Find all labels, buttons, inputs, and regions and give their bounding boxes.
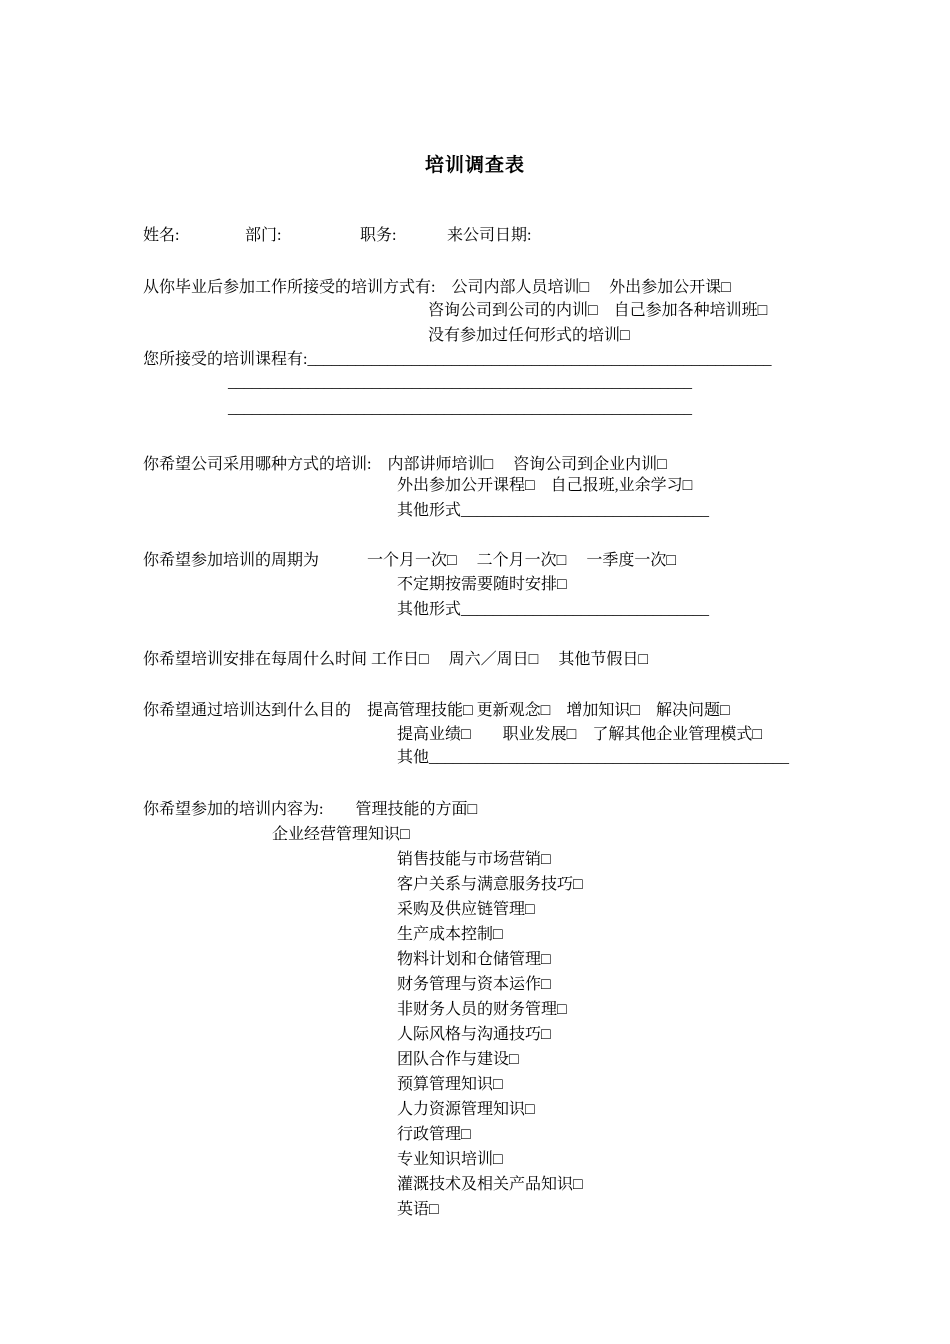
training-topic-option: 灌溉技术及相关产品知识□ bbox=[397, 1172, 583, 1198]
question-schedule: 你希望培训安排在每周什么时间 工作日□ 周六／周日□ 其他节假日□ bbox=[143, 647, 648, 673]
question-goals: 你希望通过培训达到什么目的 提高管理技能□ 更新观念□ 增加知识□ 解决问题□ bbox=[143, 698, 730, 724]
training-topic-option: 非财务人员的财务管理□ bbox=[397, 997, 567, 1023]
training-topic-option: 采购及供应链管理□ bbox=[397, 897, 535, 923]
option-line-frequency-2: 不定期按需要随时安排□ bbox=[397, 572, 567, 598]
training-topic-option: 英语□ bbox=[397, 1197, 439, 1223]
fill-in-blank: ________________________________________… bbox=[429, 749, 789, 766]
option-line-received-training-3: 没有参加过任何形式的培训□ bbox=[428, 323, 630, 349]
other-goals-label: 其他 bbox=[397, 749, 429, 766]
training-topic-option: 预算管理知识□ bbox=[397, 1072, 503, 1098]
other-method-line: 其他形式_______________________________ bbox=[397, 498, 709, 524]
fill-in-blank: ________________________________________… bbox=[307, 351, 771, 368]
department-label: 部门: bbox=[245, 223, 281, 249]
training-topic-option: 团队合作与建设□ bbox=[397, 1047, 519, 1073]
position-label: 职务: bbox=[360, 223, 396, 249]
fill-in-blank-line: ________________________________________… bbox=[228, 396, 692, 422]
training-topic-option: 生产成本控制□ bbox=[397, 922, 503, 948]
question-frequency: 你希望参加培训的周期为 一个月一次□ 二个月一次□ 一季度一次□ bbox=[143, 548, 676, 574]
training-topic-option: 人际风格与沟通技巧□ bbox=[397, 1022, 551, 1048]
training-topic-option: 行政管理□ bbox=[397, 1122, 471, 1148]
training-topic-option: 客户关系与满意服务技巧□ bbox=[397, 872, 583, 898]
training-topic-option: 销售技能与市场营销□ bbox=[397, 847, 551, 873]
other-goals-line: 其他______________________________________… bbox=[397, 745, 789, 771]
join-date-label: 来公司日期: bbox=[447, 223, 531, 249]
fill-in-blank: _______________________________ bbox=[461, 601, 709, 618]
training-topic-option: 物料计划和仓储管理□ bbox=[397, 947, 551, 973]
question-content: 你希望参加的培训内容为: 管理技能的方面□ bbox=[143, 797, 477, 823]
other-frequency-line: 其他形式_______________________________ bbox=[397, 597, 709, 623]
content-option-business-mgmt: 企业经营管理知识□ bbox=[272, 822, 410, 848]
training-topic-option: 财务管理与资本运作□ bbox=[397, 972, 551, 998]
training-topic-option: 专业知识培训□ bbox=[397, 1147, 503, 1173]
name-label: 姓名: bbox=[143, 223, 179, 249]
courses-received-label: 您所接受的培训课程有: bbox=[143, 351, 307, 368]
other-method-label: 其他形式 bbox=[397, 502, 461, 519]
document-page: 培训调查表 姓名: 部门: 职务: 来公司日期: 从你毕业后参加工作所接受的培训… bbox=[0, 0, 950, 1344]
option-line-preferred-method-2: 外出参加公开课程□ 自己报班,业余学习□ bbox=[397, 473, 692, 499]
page-title: 培训调查表 bbox=[0, 150, 950, 177]
other-frequency-label: 其他形式 bbox=[397, 601, 461, 618]
training-topic-option: 人力资源管理知识□ bbox=[397, 1097, 535, 1123]
option-line-received-training-2: 咨询公司到公司的内训□ 自己参加各种培训班□ bbox=[428, 298, 767, 324]
fill-in-blank-line: ________________________________________… bbox=[228, 370, 692, 396]
fill-in-blank: _______________________________ bbox=[461, 502, 709, 519]
